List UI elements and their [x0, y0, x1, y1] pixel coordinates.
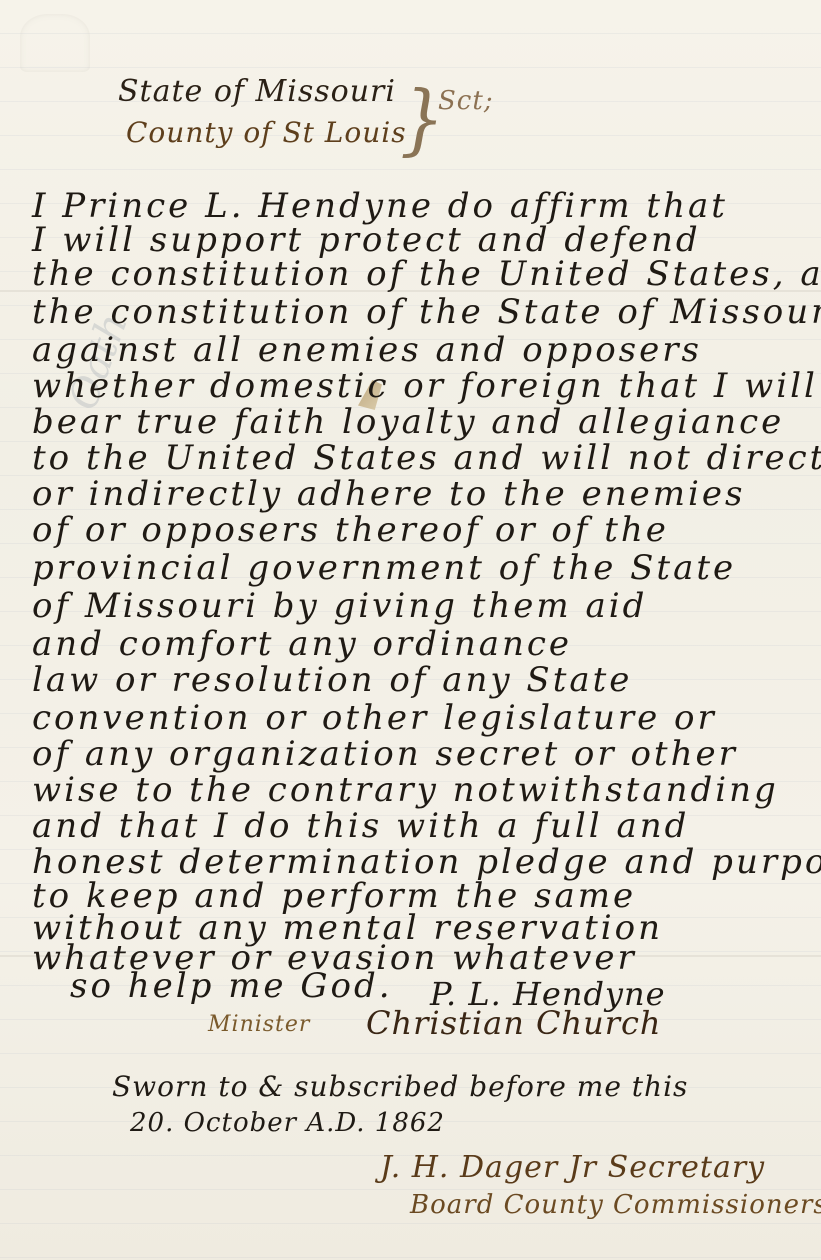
- document-page: Oath State of Missouri County of St Loui…: [0, 0, 821, 1260]
- oath-line: to the United States and will not direct…: [32, 438, 821, 478]
- oath-line: of any organization secret or other: [32, 734, 738, 774]
- oath-line: so help me God.: [70, 966, 393, 1006]
- oath-line: and that I do this with a full and: [32, 806, 689, 846]
- oath-line: or indirectly adhere to the enemies: [32, 474, 745, 514]
- embossed-seal: [20, 14, 90, 72]
- oath-line: wise to the contrary notwithstanding: [32, 770, 779, 810]
- clerk-signature: J. H. Dager Jr Secretary: [380, 1150, 765, 1185]
- oath-line: convention or other legislature or: [32, 698, 717, 738]
- oath-line: the constitution of the State of Missour…: [32, 292, 821, 332]
- venue-mark: Sct;: [438, 86, 494, 116]
- minister-name: Christian Church: [366, 1004, 662, 1042]
- jurat-date: 20. October A.D. 1862: [130, 1108, 445, 1138]
- oath-line: and comfort any ordinance: [32, 624, 572, 664]
- oath-line: law or resolution of any State: [32, 660, 632, 700]
- oath-line: provincial government of the State: [32, 548, 736, 588]
- oath-line: the constitution of the United States, a…: [32, 254, 821, 294]
- minister-label: Minister: [208, 1012, 310, 1037]
- header-county: County of St Louis: [126, 116, 407, 149]
- oath-line: of Missouri by giving them aid: [32, 586, 647, 626]
- oath-line: of or opposers thereof or of the: [32, 510, 669, 550]
- oath-line: bear true faith loyalty and allegiance: [32, 402, 784, 442]
- oath-line: against all enemies and opposers: [32, 330, 702, 370]
- oath-line: whether domestic or foreign that I will: [32, 366, 818, 406]
- clerk-title: Board County Commissioners: [410, 1190, 821, 1220]
- jurat-line: Sworn to & subscribed before me this: [112, 1070, 688, 1103]
- header-state: State of Missouri: [118, 74, 396, 109]
